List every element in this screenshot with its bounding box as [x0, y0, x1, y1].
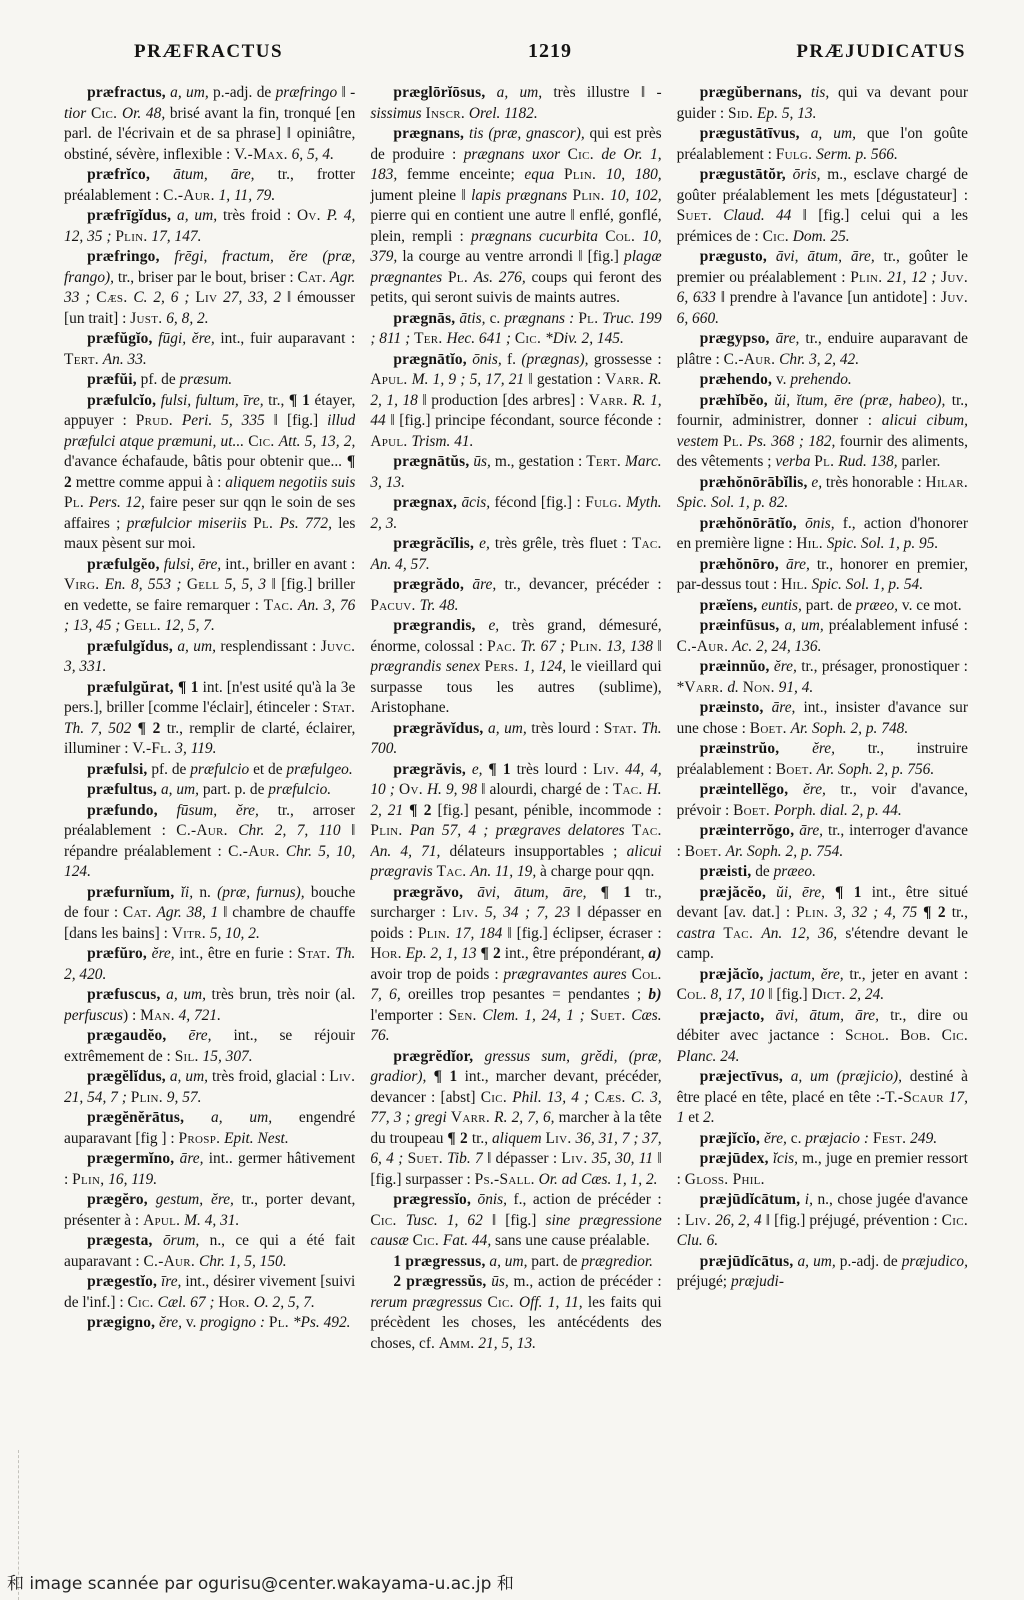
running-header: PRÆFRACTUS 1219 PRÆJUDICATUS	[64, 40, 966, 63]
dictionary-entry: præfrĭco, ātum, āre, tr., frotter préala…	[64, 165, 355, 206]
dictionary-entry: præjectīvus, a, um (præjicio), destiné à…	[677, 1067, 968, 1129]
dictionary-entry: præfŭgĭo, fūgi, ĕre, int., fuir auparava…	[64, 329, 355, 370]
dictionary-entry: præjăcĕo, ŭi, ēre, ¶ 1 int., être situé …	[677, 883, 968, 965]
dictionary-entry: præjūdĭcātum, i, n., chose jugée d'avanc…	[677, 1190, 968, 1252]
page-number: 1219	[411, 40, 688, 63]
dictionary-entry: prægermĭno, āre, int.. germer hâtivement…	[64, 1149, 355, 1190]
dictionary-entry: prægustātŏr, ōris, m., esclave chargé de…	[677, 165, 968, 247]
dictionary-entry: præjacto, āvi, ātum, āre, tr., dire ou d…	[677, 1006, 968, 1068]
dictionary-entry: prægestĭo, īre, int., désirer vivement […	[64, 1272, 355, 1313]
dictionary-entry: præfulgĕo, fulsi, ēre, int., briller en …	[64, 555, 355, 637]
dictionary-entry: præinfūsus, a, um, préalablement infusé …	[677, 616, 968, 657]
dictionary-entry: prægrăvo, āvi, ātum, āre, ¶ 1 tr., surch…	[370, 883, 661, 1047]
dictionary-entry: præinsto, āre, int., insister d'avance s…	[677, 698, 968, 739]
dictionary-entry: 2 prægressŭs, ūs, m., action de précéder…	[370, 1272, 661, 1354]
dictionary-entry: prægŭbernans, tis, qui va devant pour gu…	[677, 83, 968, 124]
dictionary-entry: prægypso, āre, tr., enduire auparavant d…	[677, 329, 968, 370]
dictionary-entry: prægĕnĕrātus, a, um, engendré auparavant…	[64, 1108, 355, 1149]
dictionary-entry: prægĕlĭdus, a, um, très froid, glacial :…	[64, 1067, 355, 1108]
dictionary-entry: prægrăvĭdus, a, um, très lourd : Stat. T…	[370, 719, 661, 760]
dictionary-entry: præfundo, fūsum, ĕre, tr., arroser préal…	[64, 801, 355, 883]
dictionary-entry: præjūdex, ĭcis, m., juge en premier ress…	[677, 1149, 968, 1190]
dictionary-entry: præfulsi, pf. de præfulcio et de præfulg…	[64, 760, 355, 781]
header-right-keyword: PRÆJUDICATUS	[689, 41, 966, 63]
dictionary-entry: præfulgŭrat, ¶ 1 int. [n'est usité qu'à …	[64, 678, 355, 760]
dictionary-entry: 1 prægressus, a, um, part. de prægredior…	[370, 1252, 661, 1273]
dictionary-entry: præinterrŏgo, āre, tr., interroger d'ava…	[677, 821, 968, 862]
dictionary-entry: præhĭbĕo, ŭi, ĭtum, ēre (præ, habeo), tr…	[677, 391, 968, 473]
dictionary-entry: prægusto, āvi, ātum, āre, tr., goûter le…	[677, 247, 968, 329]
scan-watermark: 和 image scannée par ogurisu@center.wakay…	[7, 1569, 514, 1594]
dictionary-entry: præhendo, v. prehendo.	[677, 370, 968, 391]
dictionary-entry: prægrandis, e, très grand, démesuré, éno…	[370, 616, 661, 719]
dictionary-entry: prægesta, ōrum, n., ce qui a été fait au…	[64, 1231, 355, 1272]
dictionary-entry: præfurnĭum, ĭi, n. (præ, furnus), bouche…	[64, 883, 355, 945]
dictionary-entry: prægrăcĭlis, e, très grêle, très fluet :…	[370, 534, 661, 575]
dictionary-entry: præhŏnōro, āre, tr., honorer en premier,…	[677, 555, 968, 596]
header-left-keyword: PRÆFRACTUS	[64, 41, 411, 63]
dictionary-entry: præfŭi, pf. de præsum.	[64, 370, 355, 391]
dictionary-entry: præhŏnōrābĭlis, e, très honorable : Hila…	[677, 473, 968, 514]
dictionary-entry: præinstrŭo, ĕre, tr., instruire préalabl…	[677, 739, 968, 780]
dictionary-entry: prægnātĭo, ōnis, f. (prægnas), grossesse…	[370, 350, 661, 453]
dictionary-entry: prægustātīvus, a, um, que l'on goûte pré…	[677, 124, 968, 165]
dictionary-entry: prægigno, ĕre, v. progigno : Pl. *Ps. 49…	[64, 1313, 355, 1334]
dictionary-entry: præfringo, frēgi, fractum, ĕre (præ, fra…	[64, 247, 355, 329]
dictionary-entry: prægnans, tis (præ, gnascor), qui est pr…	[370, 124, 661, 309]
dictionary-entry: prægnātŭs, ūs, m., gestation : Tert. Mar…	[370, 452, 661, 493]
column-2: præglōrĭōsus, a, um, très illustre ‖ -si…	[370, 83, 661, 1558]
dictionary-entry: præisti, de præeo.	[677, 862, 968, 883]
dictionary-entry: præfulcĭo, fulsi, fultum, īre, tr., ¶ 1 …	[64, 391, 355, 555]
dictionary-entry: prægaudĕo, ēre, int., se réjouir extrême…	[64, 1026, 355, 1067]
column-3: prægŭbernans, tis, qui va devant pour gu…	[677, 83, 968, 1558]
dictionary-entry: præfrīgĭdus, a, um, très froid : Ov. P. …	[64, 206, 355, 247]
dictionary-entry: prægnās, ātis, c. prægnans : Pl. Truc. 1…	[370, 309, 661, 350]
dictionary-entry: præintellĕgo, ĕre, tr., voir d'avance, p…	[677, 780, 968, 821]
column-1: præfractus, a, um, p.-adj. de præfringo …	[64, 83, 355, 1558]
dictionary-entry: præfulgĭdus, a, um, resplendissant : Juv…	[64, 637, 355, 678]
dictionary-entry: prægrĕdĭor, gressus sum, grĕdi, (præ, gr…	[370, 1047, 661, 1191]
dictionary-entry: prægrăvis, e, ¶ 1 très lourd : Liv. 44, …	[370, 760, 661, 883]
dictionary-entry: præfŭro, ĕre, int., être en furie : Stat…	[64, 944, 355, 985]
dictionary-entry: prægrădo, āre, tr., devancer, précéder :…	[370, 575, 661, 616]
dictionary-entry: præjĭcĭo, ĕre, c. præjacio : Fest. 249.	[677, 1129, 968, 1150]
dictionary-entry: præglōrĭōsus, a, um, très illustre ‖ -si…	[370, 83, 661, 124]
dictionary-entry: præinnŭo, ĕre, tr., présager, pronostiqu…	[677, 657, 968, 698]
dictionary-entry: præjăcĭo, jactum, ĕre, tr., jeter en ava…	[677, 965, 968, 1006]
dictionary-page: PRÆFRACTUS 1219 PRÆJUDICATUS præfractus,…	[0, 0, 1024, 1600]
dictionary-entry: præfuscus, a, um, très brun, très noir (…	[64, 985, 355, 1026]
dictionary-entry: prægĕro, gestum, ĕre, tr., porter devant…	[64, 1190, 355, 1231]
dictionary-entry: præjūdĭcātus, a, um, p.-adj. de præjudic…	[677, 1252, 968, 1293]
dictionary-entry: præfractus, a, um, p.-adj. de præfringo …	[64, 83, 355, 165]
dictionary-entry: præĭens, euntis, part. de præeo, v. ce m…	[677, 596, 968, 617]
dictionary-entry: præfultus, a, um, part. p. de præfulcio.	[64, 780, 355, 801]
text-columns: præfractus, a, um, p.-adj. de præfringo …	[64, 83, 968, 1558]
dictionary-entry: prægressĭo, ōnis, f., action de précéder…	[370, 1190, 661, 1252]
dictionary-entry: præhŏnōrātĭo, ōnis, f., action d'honorer…	[677, 514, 968, 555]
dictionary-entry: prægnax, ācis, fécond [fig.] : Fulg. Myt…	[370, 493, 661, 534]
